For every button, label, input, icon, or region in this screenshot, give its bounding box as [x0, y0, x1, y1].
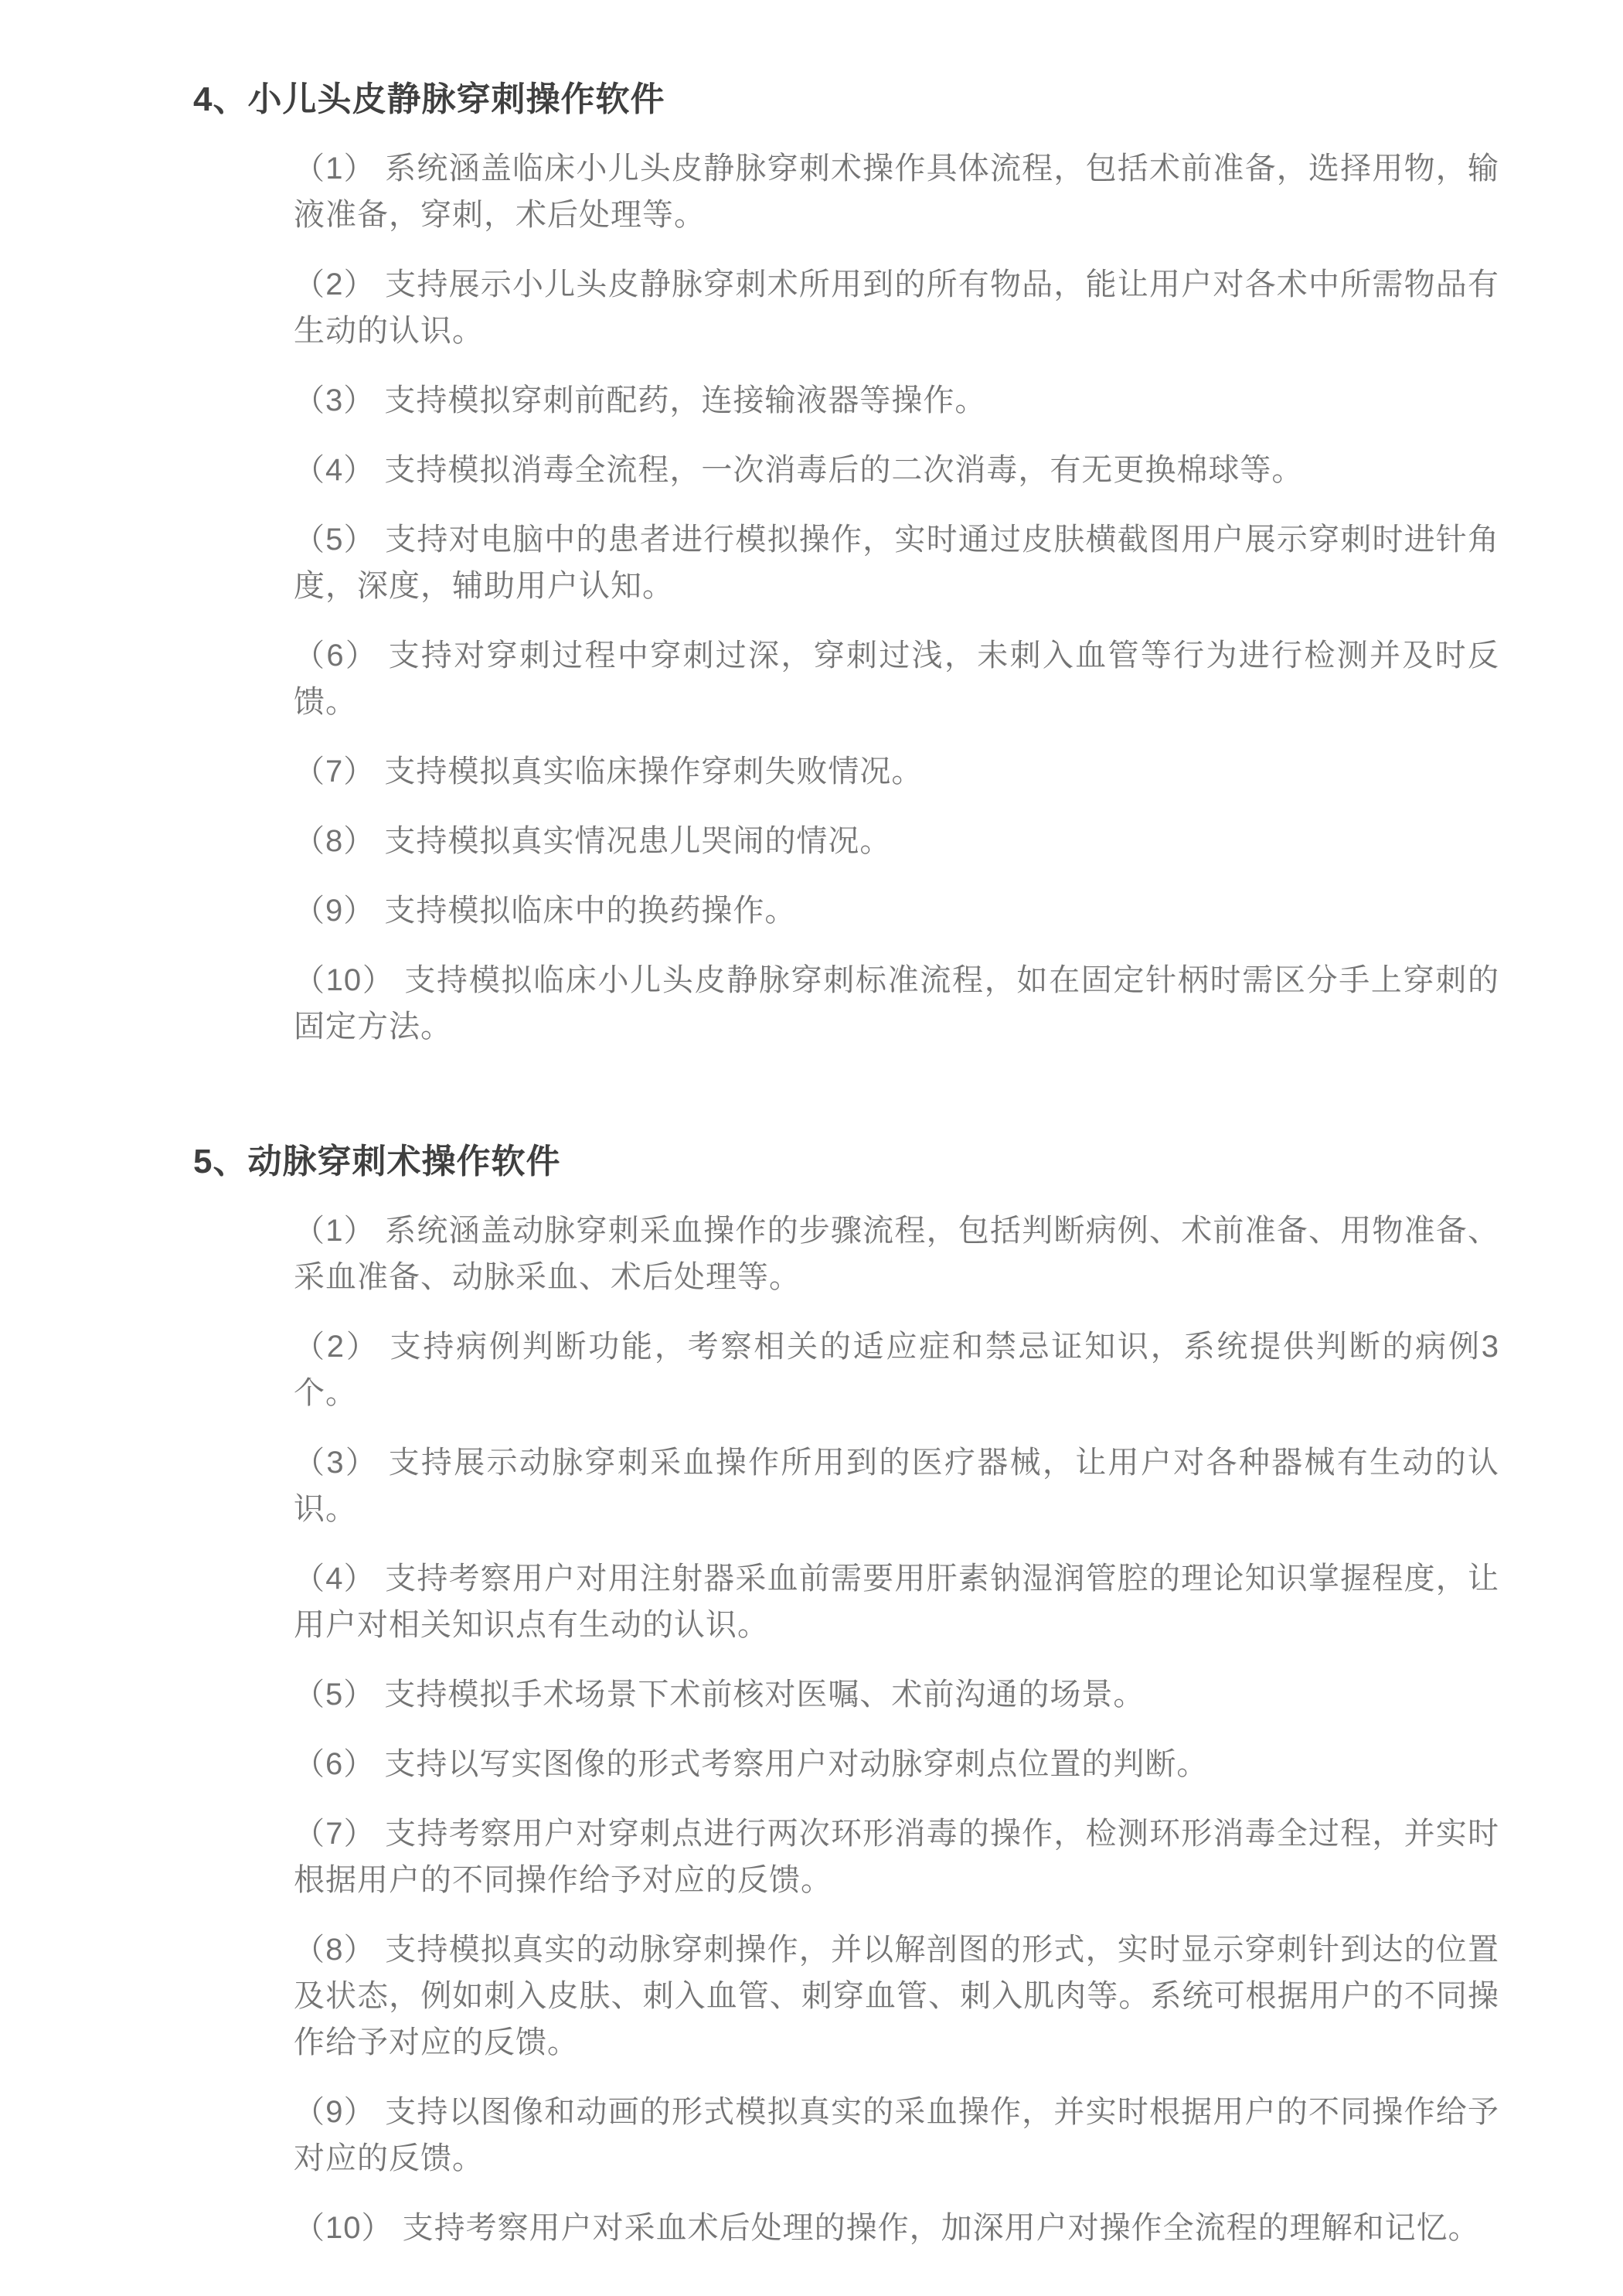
section-heading: 5、动脉穿刺术操作软件: [193, 1136, 1499, 1187]
spec-item: （6） 支持以写实图像的形式考察用户对动脉穿刺点位置的判断。: [294, 1741, 1499, 1787]
spec-item: （7） 支持模拟真实临床操作穿刺失败情况。: [294, 748, 1499, 795]
document-page: 4、小儿头皮静脉穿刺操作软件 （1） 系统涵盖临床小儿头皮静脉穿刺术操作具体流程…: [0, 0, 1623, 2296]
spec-item: （7） 支持考察用户对穿刺点进行两次环形消毒的操作，检测环形消毒全过程，并实时根…: [294, 1811, 1499, 1903]
spec-item: （6） 支持对穿刺过程中穿刺过深，穿刺过浅，未刺入血管等行为进行检测并及时反馈。: [294, 632, 1499, 725]
spec-item: （8） 支持模拟真实情况患儿哭闹的情况。: [294, 818, 1499, 864]
spec-item: （8） 支持模拟真实的动脉穿刺操作，并以解剖图的形式，实时显示穿刺针到达的位置及…: [294, 1926, 1499, 2066]
section-pediatric-scalp-vein-puncture: 4、小儿头皮静脉穿刺操作软件 （1） 系统涵盖临床小儿头皮静脉穿刺术操作具体流程…: [0, 74, 1623, 1050]
spec-item: （3） 支持展示动脉穿刺采血操作所用到的医疗器械，让用户对各种器械有生动的认识。: [294, 1439, 1499, 1532]
spec-item: （4） 支持考察用户对用注射器采血前需要用肝素钠湿润管腔的理论知识掌握程度，让用…: [294, 1555, 1499, 1648]
spec-item: （1） 系统涵盖动脉穿刺采血操作的步骤流程，包括判断病例、术前准备、用物准备、采…: [294, 1208, 1499, 1300]
section-arterial-puncture: 5、动脉穿刺术操作软件 （1） 系统涵盖动脉穿刺采血操作的步骤流程，包括判断病例…: [0, 1136, 1623, 2251]
spec-item: （3） 支持模拟穿刺前配药，连接输液器等操作。: [294, 377, 1499, 424]
spec-item: （1） 系统涵盖临床小儿头皮静脉穿刺术操作具体流程，包括术前准备，选择用物，输液…: [294, 145, 1499, 238]
spec-item: （10） 支持模拟临床小儿头皮静脉穿刺标准流程，如在固定针柄时需区分手上穿刺的固…: [294, 957, 1499, 1050]
spec-item: （2） 支持病例判断功能，考察相关的适应症和禁忌证知识，系统提供判断的病例3个。: [294, 1323, 1499, 1416]
spec-item: （2） 支持展示小儿头皮静脉穿刺术所用到的所有物品，能让用户对各术中所需物品有生…: [294, 261, 1499, 354]
spec-item: （5） 支持对电脑中的患者进行模拟操作，实时通过皮肤横截图用户展示穿刺时进针角度…: [294, 516, 1499, 609]
spec-item: （4） 支持模拟消毒全流程，一次消毒后的二次消毒，有无更换棉球等。: [294, 447, 1499, 493]
spec-item: （10） 支持考察用户对采血术后处理的操作，加深用户对操作全流程的理解和记忆。: [294, 2205, 1499, 2251]
section-heading: 4、小儿头皮静脉穿刺操作软件: [193, 74, 1499, 125]
spec-item: （9） 支持以图像和动画的形式模拟真实的采血操作，并实时根据用户的不同操作给予对…: [294, 2089, 1499, 2182]
spec-item: （9） 支持模拟临床中的换药操作。: [294, 887, 1499, 934]
document-content: 4、小儿头皮静脉穿刺操作软件 （1） 系统涵盖临床小儿头皮静脉穿刺术操作具体流程…: [0, 0, 1623, 2251]
spec-item: （5） 支持模拟手术场景下术前核对医嘱、术前沟通的场景。: [294, 1671, 1499, 1718]
